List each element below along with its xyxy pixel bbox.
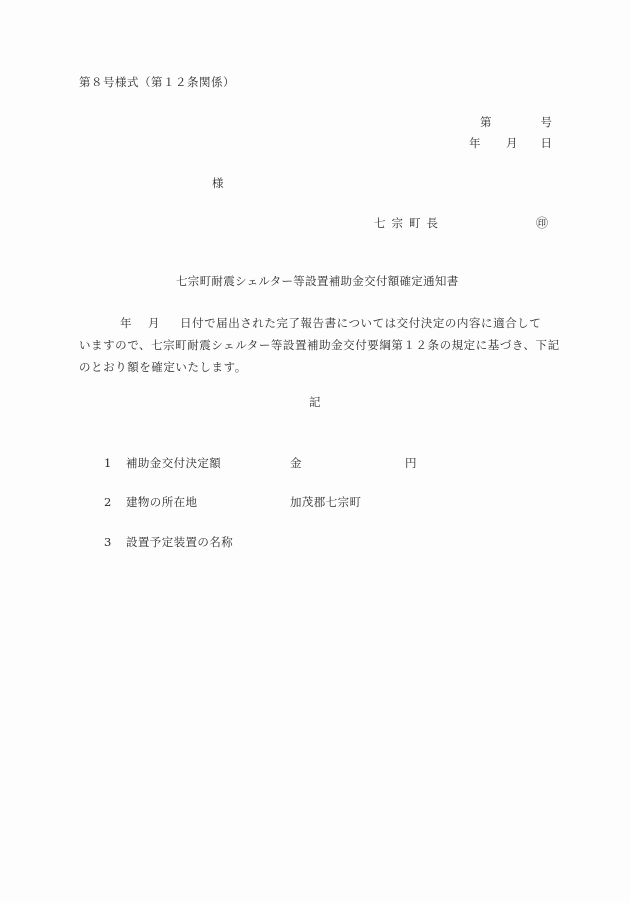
item-number: 3 [104, 537, 111, 549]
body-line-1-text: 日付で届出された完了報告書については交付決定の内容に適合して [180, 316, 541, 330]
date-year: 年 [469, 138, 481, 150]
date-day: 日 [541, 138, 553, 150]
body-line-2: いますので、七宗町耐震シェルター等設置補助金交付要綱第１２条の規定に基づき、下記 [79, 340, 554, 362]
doc-number-prefix: 第 [480, 117, 492, 129]
ki-heading: 記 [309, 397, 321, 409]
item-label: 建物の所在地 [126, 497, 197, 509]
document-title: 七宗町耐震シェルター等設置補助金交付額確定通知書 [176, 276, 459, 288]
issuer-title: 七宗町長 [374, 218, 444, 230]
item-value: 金 [290, 458, 302, 470]
body-line-1: 年月日付で届出された完了報告書については交付決定の内容に適合して [79, 318, 554, 340]
item-value: 加茂郡七宗町 [290, 497, 361, 509]
form-number: 第８号様式（第１２条関係） [79, 77, 235, 89]
item-label: 補助金交付決定額 [126, 458, 221, 470]
date-month: 月 [506, 138, 518, 150]
item-unit: 円 [405, 458, 417, 470]
body-paragraph: 年月日付で届出された完了報告書については交付決定の内容に適合して いますので、七… [79, 318, 554, 384]
recipient-honorific: 様 [212, 178, 224, 190]
body-year: 年 [120, 318, 142, 330]
body-line-3: のとおり額を確定いたします。 [79, 362, 554, 384]
item-label: 設置予定装置の名称 [126, 537, 233, 549]
doc-number-suffix: 号 [541, 117, 553, 129]
item-number: 2 [104, 497, 111, 509]
body-month: 月 [148, 318, 180, 330]
item-number: 1 [104, 458, 111, 470]
seal-icon: ㊞ [536, 217, 548, 229]
